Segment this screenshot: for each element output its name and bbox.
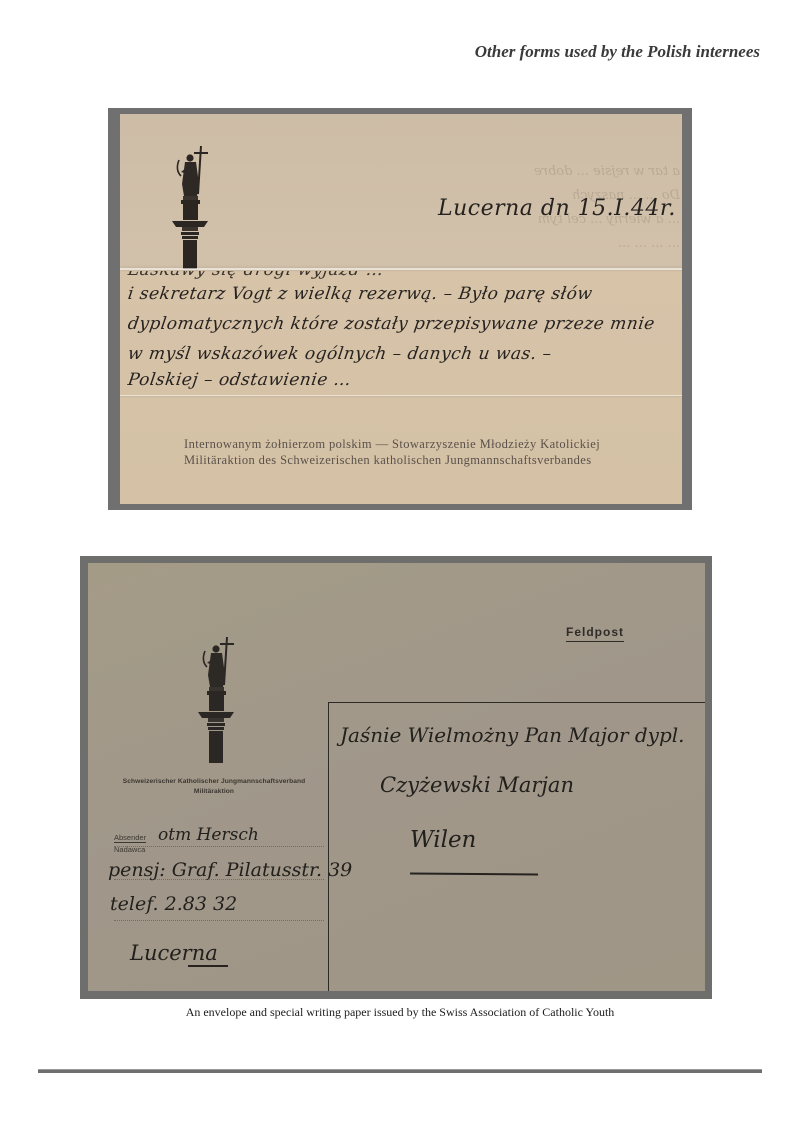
- sender-dotted-line: [114, 920, 324, 921]
- footer-line-polish: Internowanym żołnierzom polskim — Stowar…: [184, 436, 600, 452]
- recipient-name: Czyżewski Marjan: [380, 773, 574, 797]
- saint-statue-on-column-icon: [168, 144, 212, 272]
- figure-caption: An envelope and special writing paper is…: [0, 1005, 800, 1020]
- letter-line: i sekretarz Vogt z wielką rezerwą. – Był…: [127, 284, 594, 304]
- page-header-title: Other forms used by the Polish internees: [475, 42, 760, 62]
- fold-crease: [120, 269, 682, 270]
- letter-line: dyplomatycznych które zostały przepisywa…: [127, 314, 657, 334]
- letter-line: w myśl wskazówek ogólnych – danych u was…: [127, 344, 553, 364]
- writing-paper-figure: a tar w rejsie ... dobre Do ... ... nasz…: [108, 108, 692, 510]
- sender-dotted-line: [114, 846, 324, 847]
- footer-line-german: Militäraktion des Schweizerischen kathol…: [184, 452, 600, 468]
- letter-printed-footer: Internowanym żołnierzom polskim — Stowar…: [184, 436, 600, 468]
- organization-subtitle: Militäraktion: [114, 788, 314, 795]
- sender-name: otm Hersch: [158, 825, 259, 845]
- sender-city: Lucerna: [130, 941, 218, 965]
- writing-paper: a tar w rejsie ... dobre Do ... ... nasz…: [120, 114, 682, 504]
- envelope-figure: Feldpost Schweizerischer Katholischer Ju…: [80, 556, 712, 999]
- letter-date-line: Lucerna dn 15.I.44r.: [438, 196, 676, 221]
- fold-crease: [120, 395, 682, 396]
- sender-city-flourish: [188, 965, 228, 967]
- sender-street: pensj: Graf. Pilatusstr. 39: [108, 859, 352, 881]
- absender-label: Absender: [114, 833, 146, 843]
- envelope: Feldpost Schweizerischer Katholischer Ju…: [88, 563, 705, 991]
- letter-line: Polskiej – odstawienie …: [127, 370, 353, 390]
- organization-name: Schweizerischer Katholischer Jungmannsch…: [114, 778, 314, 785]
- saint-statue-on-column-icon: [194, 635, 238, 763]
- recipient-place: Wilen: [410, 827, 476, 853]
- footer-rule: [38, 1069, 762, 1073]
- recipient-title: Jaśnie Wielmożny Pan Major dypl.: [340, 723, 685, 747]
- feldpost-label: Feldpost: [566, 625, 624, 642]
- sender-phone: telef. 2.83 32: [110, 893, 237, 915]
